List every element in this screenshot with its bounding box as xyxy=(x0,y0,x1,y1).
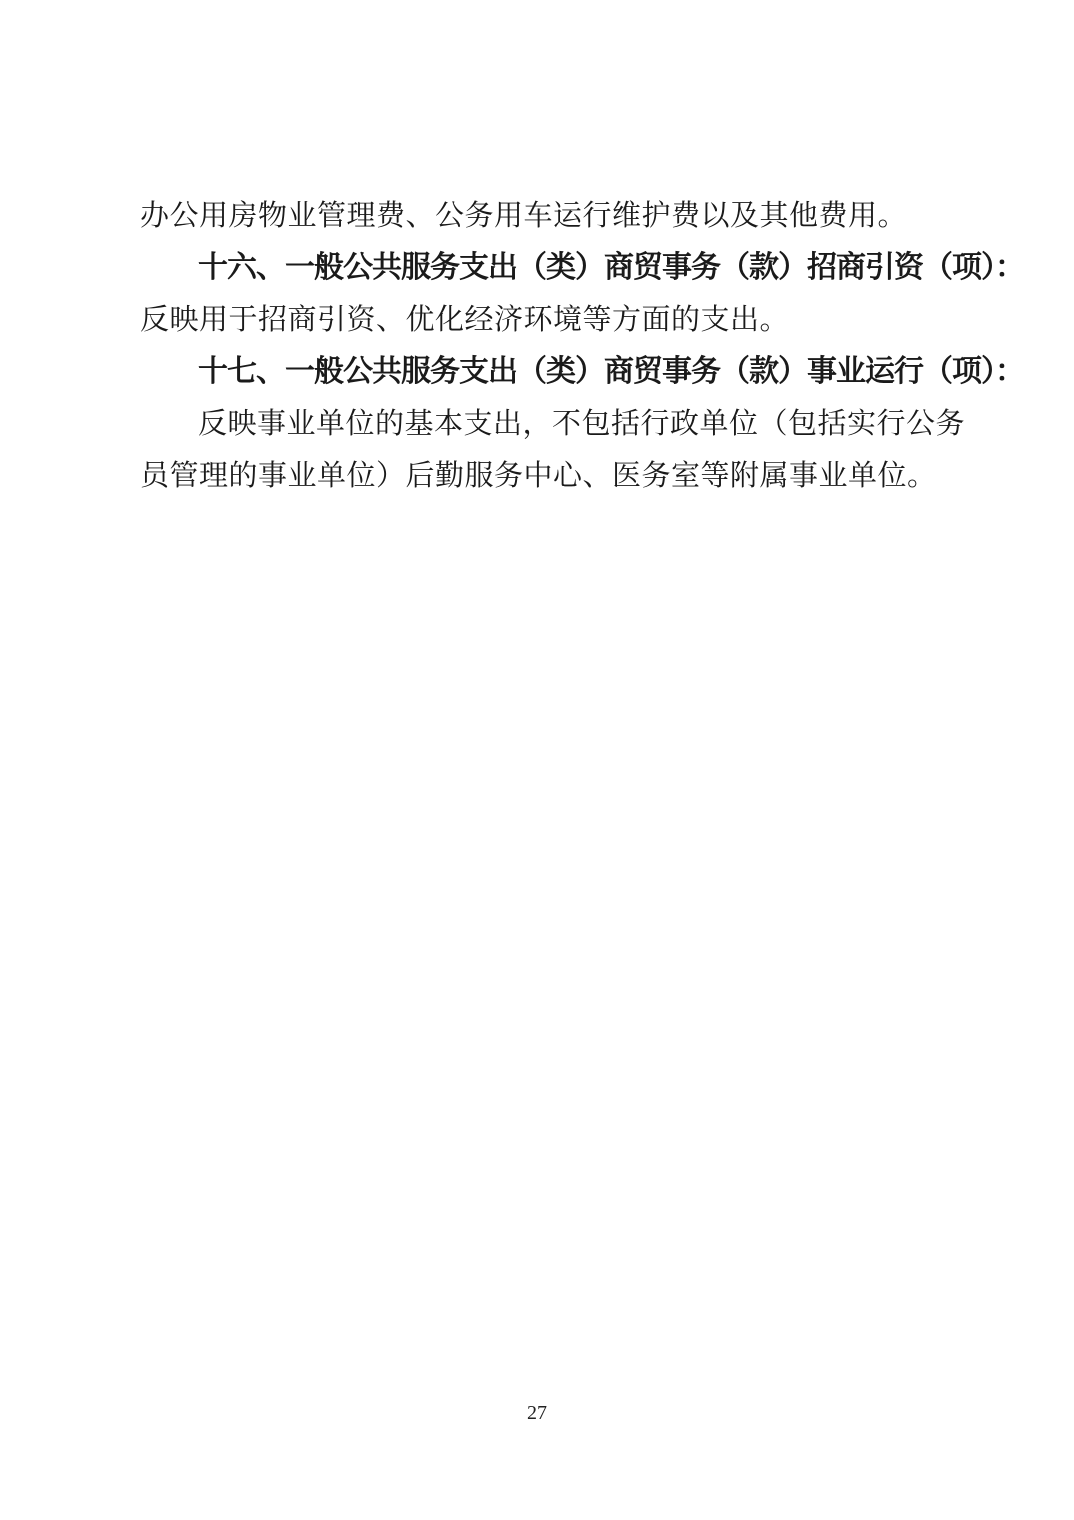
body-line-section-17-a: 反映事业单位的基本支出，不包括行政单位（包括实行公务 xyxy=(140,398,946,450)
section-heading-17: 十七、一般公共服务支出（类）商贸事务（款）事业运行（项）： xyxy=(140,346,946,398)
text-block: 办公用房物业管理费、公务用车运行维护费以及其他费用。 十六、一般公共服务支出（类… xyxy=(140,190,946,502)
body-line-section-16: 反映用于招商引资、优化经济环境等方面的支出。 xyxy=(140,294,946,346)
document-page: 办公用房物业管理费、公务用车运行维护费以及其他费用。 十六、一般公共服务支出（类… xyxy=(0,0,1074,1520)
page-number: 27 xyxy=(0,1398,1074,1428)
section-heading-16: 十六、一般公共服务支出（类）商贸事务（款）招商引资（项）： xyxy=(140,242,946,294)
body-line-continuation: 办公用房物业管理费、公务用车运行维护费以及其他费用。 xyxy=(140,190,946,242)
body-line-section-17-b: 员管理的事业单位）后勤服务中心、医务室等附属事业单位。 xyxy=(140,450,946,502)
